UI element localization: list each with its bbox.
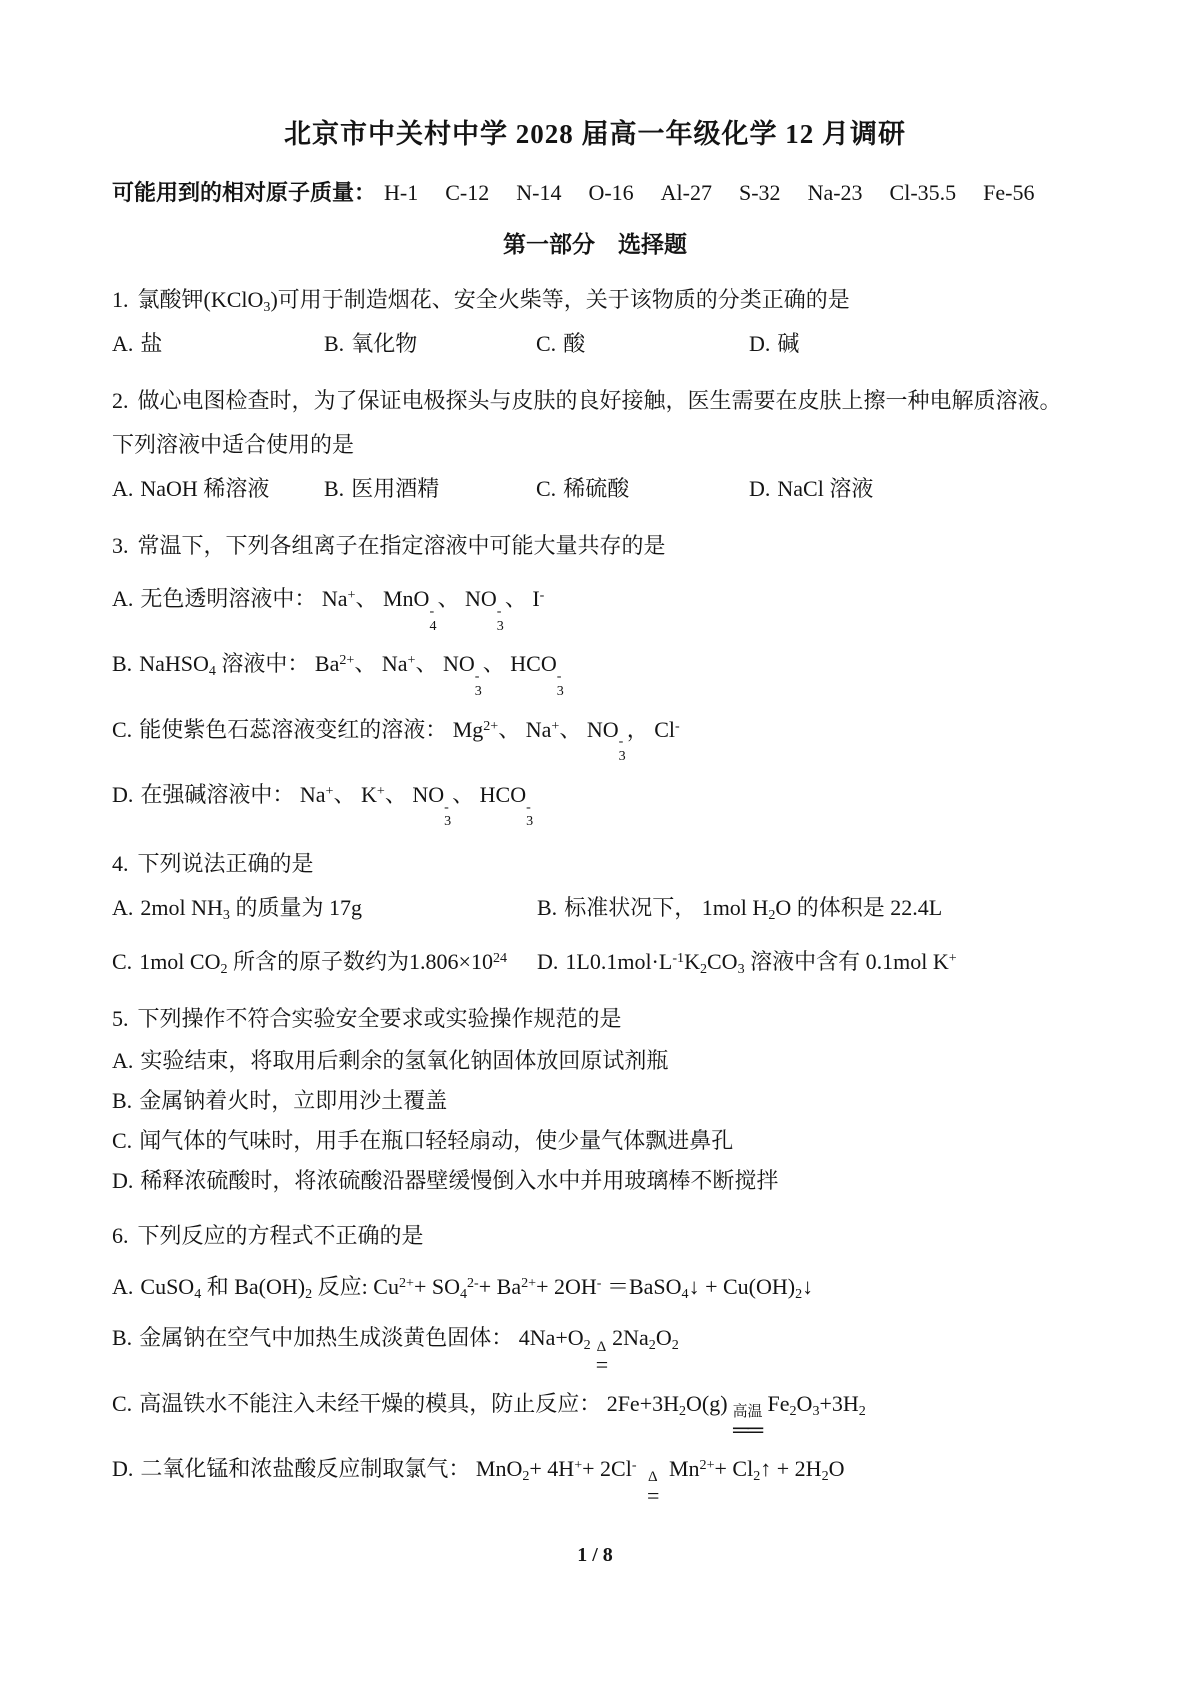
options: A.CuSO4 和 Ba(OH)2 反应: Cu2++ SO42-+ Ba2++… bbox=[112, 1265, 1078, 1505]
option-label: C. bbox=[112, 717, 132, 742]
option-text: 氧化物 bbox=[351, 331, 417, 356]
stacked-charge: -3 bbox=[444, 800, 451, 830]
subscript: 2 bbox=[790, 1402, 797, 1418]
ion-charge: - bbox=[497, 604, 502, 619]
superscript: 2+ bbox=[700, 1457, 715, 1473]
option-label: A. bbox=[112, 586, 133, 611]
reaction-condition: Δ= bbox=[647, 1469, 658, 1505]
stacked-charge: -3 bbox=[526, 800, 533, 830]
option-text: 医用酒精 bbox=[351, 476, 439, 501]
atomic-mass-item: Cl-35.5 bbox=[890, 178, 957, 208]
options: A.盐B.氧化物C.酸D.碱 bbox=[112, 322, 1078, 366]
subscript: 3 bbox=[812, 1402, 819, 1418]
option-text: 金属钠在空气中加热生成淡黄色固体： 4Na+O2Δ=2Na2O2 bbox=[139, 1325, 679, 1350]
superscript: 2+ bbox=[483, 718, 498, 734]
option-label: B. bbox=[112, 651, 132, 676]
ion-charge: - bbox=[526, 800, 531, 815]
page-content: 北京市中关村中学 2028 届高一年级化学 12 月调研 可能用到的相对原子质量… bbox=[0, 0, 1190, 1505]
superscript: 2+ bbox=[399, 1275, 414, 1291]
option-label: A. bbox=[112, 1048, 133, 1073]
option-text: 金属钠着火时，立即用沙土覆盖 bbox=[139, 1088, 447, 1113]
option-D: D.NaCl 溶液 bbox=[749, 467, 1078, 511]
superscript: 2- bbox=[467, 1275, 479, 1291]
option-text: 碱 bbox=[777, 331, 799, 356]
equals-line: = bbox=[647, 1487, 658, 1506]
stacked-charge: -4 bbox=[429, 604, 436, 634]
question-3: 3.常温下，下列各组离子在指定溶液中可能大量共存的是A.无色透明溶液中： Na+… bbox=[112, 524, 1078, 829]
question-6: 6.下列反应的方程式不正确的是A.CuSO4 和 Ba(OH)2 反应: Cu2… bbox=[112, 1214, 1078, 1505]
option-A: A.盐 bbox=[112, 322, 324, 366]
option-text: NaHSO4 溶液中： Ba2+、 Na+、 NO-3、 HCO-3 bbox=[139, 651, 565, 676]
options: A.实验结束，将取用后剩余的氢氧化钠固体放回原试剂瓶B.金属钠着火时，立即用沙土… bbox=[112, 1041, 1078, 1201]
subscript: 4 bbox=[194, 1286, 201, 1302]
option-text: 在强碱溶液中： Na+、 K+、 NO-3、 HCO-3 bbox=[140, 782, 534, 807]
option-text: 1mol CO2 所含的原子数约为1.806×1024 bbox=[139, 949, 507, 974]
subscript: 3 bbox=[263, 299, 270, 315]
option-D: D.二氧化锰和浓盐酸反应制取氯气： MnO2+ 4H++ 2Cl- Δ= Mn2… bbox=[112, 1447, 1078, 1505]
question-stem: 3.常温下，下列各组离子在指定溶液中可能大量共存的是 bbox=[112, 524, 1078, 568]
option-text: 稀释浓硫酸时，将浓硫酸沿器壁缓慢倒入水中并用玻璃棒不断搅拌 bbox=[140, 1168, 778, 1193]
option-label: D. bbox=[749, 476, 770, 501]
subscript: 2 bbox=[305, 1286, 312, 1302]
superscript: + bbox=[408, 652, 416, 668]
option-text: 稀硫酸 bbox=[563, 476, 629, 501]
option-label: D. bbox=[749, 331, 770, 356]
atomic-mass-item: Al-27 bbox=[661, 178, 712, 208]
option-text: 1L0.1mol·L-1K2CO3 溶液中含有 0.1mol K+ bbox=[565, 949, 956, 974]
option-B: B.标准状况下， 1mol H2O 的体积是 22.4L bbox=[537, 886, 1078, 930]
option-label: C. bbox=[536, 331, 556, 356]
option-label: C. bbox=[112, 1128, 132, 1153]
option-label: A. bbox=[112, 476, 133, 501]
stacked-charge: -3 bbox=[557, 669, 564, 699]
question-5: 5.下列操作不符合实验安全要求或实验操作规范的是A.实验结束，将取用后剩余的氢氧… bbox=[112, 997, 1078, 1201]
option-label: A. bbox=[112, 331, 133, 356]
option-B: B.NaHSO4 溶液中： Ba2+、 Na+、 NO-3、 HCO-3 bbox=[112, 642, 1078, 698]
superscript: 2+ bbox=[521, 1275, 536, 1291]
option-label: D. bbox=[112, 782, 133, 807]
option-text: 能使紫色石蕊溶液变红的溶液： Mg2+、 Na+、 NO-3， Cl- bbox=[139, 717, 680, 742]
option-C: C.闻气体的气味时，用手在瓶口轻轻扇动，使少量气体飘进鼻孔 bbox=[112, 1121, 1078, 1161]
superscript: - bbox=[632, 1457, 637, 1473]
option-C: C.稀硫酸 bbox=[536, 467, 749, 511]
stacked-charge: -3 bbox=[475, 669, 482, 699]
option-C: C.高温铁水不能注入未经干燥的模具，防止反应： 2Fe+3H2O(g)高温══F… bbox=[112, 1382, 1078, 1440]
subscript: 2 bbox=[859, 1402, 866, 1418]
questions: 1.氯酸钾(KClO3)可用于制造烟花、安全火柴等，关于该物质的分类正确的是A.… bbox=[112, 278, 1078, 1505]
option-A: A.无色透明溶液中： Na+、 MnO-4、 NO-3、 I- bbox=[112, 577, 1078, 633]
option-D: D.在强碱溶液中： Na+、 K+、 NO-3、 HCO-3 bbox=[112, 773, 1078, 829]
atom-count: 3 bbox=[497, 619, 504, 634]
question-text: 常温下，下列各组离子在指定溶液中可能大量共存的是 bbox=[138, 533, 666, 558]
question-number: 3. bbox=[112, 533, 129, 558]
question-number: 6. bbox=[112, 1223, 129, 1248]
option-text: 无色透明溶液中： Na+、 MnO-4、 NO-3、 I- bbox=[140, 586, 544, 611]
option-text: NaCl 溶液 bbox=[777, 476, 873, 501]
ion-charge: - bbox=[619, 734, 624, 749]
atomic-masses-list: H-1C-12N-14O-16Al-27S-32Na-23Cl-35.5Fe-5… bbox=[384, 178, 1034, 208]
option-label: C. bbox=[112, 1391, 132, 1416]
ion-charge: - bbox=[429, 604, 434, 619]
question-text: 下列操作不符合实验安全要求或实验操作规范的是 bbox=[138, 1006, 622, 1031]
superscript: + bbox=[377, 783, 385, 799]
option-text: 二氧化锰和浓盐酸反应制取氯气： MnO2+ 4H++ 2Cl- Δ= Mn2++… bbox=[140, 1456, 844, 1481]
question-text: 氯酸钾(KClO3)可用于制造烟花、安全火柴等，关于该物质的分类正确的是 bbox=[138, 287, 850, 312]
subscript: 2 bbox=[768, 907, 775, 923]
option-B: B.金属钠在空气中加热生成淡黄色固体： 4Na+O2Δ=2Na2O2 bbox=[112, 1316, 1078, 1374]
option-text: CuSO4 和 Ba(OH)2 反应: Cu2++ SO42-+ Ba2++ 2… bbox=[140, 1274, 813, 1299]
subscript: 2 bbox=[822, 1468, 829, 1484]
equals-line: = bbox=[596, 1356, 607, 1375]
options: A.无色透明溶液中： Na+、 MnO-4、 NO-3、 I-B.NaHSO4 … bbox=[112, 577, 1078, 829]
option-text: 标准状况下， 1mol H2O 的体积是 22.4L bbox=[564, 895, 942, 920]
option-text: 盐 bbox=[140, 331, 162, 356]
stacked-charge: -3 bbox=[619, 734, 626, 764]
question-number: 5. bbox=[112, 1006, 129, 1031]
options: A.NaOH 稀溶液B.医用酒精C.稀硫酸D.NaCl 溶液 bbox=[112, 467, 1078, 511]
subscript: 2 bbox=[679, 1402, 686, 1418]
option-label: D. bbox=[537, 949, 558, 974]
ion-charge: - bbox=[444, 800, 449, 815]
reaction-condition: 高温══ bbox=[733, 1404, 763, 1440]
option-C: C.1mol CO2 所含的原子数约为1.806×1024 bbox=[112, 940, 537, 984]
superscript: 2+ bbox=[339, 652, 354, 668]
option-D: D.1L0.1mol·L-1K2CO3 溶液中含有 0.1mol K+ bbox=[537, 940, 1078, 984]
atomic-masses-label: 可能用到的相对原子质量： bbox=[112, 178, 376, 208]
question-stem: 2.做心电图检查时，为了保证电极探头与皮肤的良好接触，医生需要在皮肤上擦一种电解… bbox=[112, 379, 1078, 467]
equals-line: ══ bbox=[733, 1421, 762, 1440]
atomic-mass-item: O-16 bbox=[588, 178, 633, 208]
question-number: 4. bbox=[112, 851, 129, 876]
atom-count: 3 bbox=[444, 814, 451, 829]
option-label: C. bbox=[536, 476, 556, 501]
atomic-mass-item: Na-23 bbox=[808, 178, 863, 208]
option-label: B. bbox=[112, 1325, 132, 1350]
subscript: 2 bbox=[220, 961, 227, 977]
subscript: 2 bbox=[584, 1337, 591, 1353]
question-number: 1. bbox=[112, 287, 129, 312]
option-label: B. bbox=[324, 331, 344, 356]
superscript: - bbox=[540, 587, 545, 603]
option-label: B. bbox=[537, 895, 557, 920]
superscript: + bbox=[574, 1457, 582, 1473]
question-2: 2.做心电图检查时，为了保证电极探头与皮肤的良好接触，医生需要在皮肤上擦一种电解… bbox=[112, 379, 1078, 511]
question-stem: 6.下列反应的方程式不正确的是 bbox=[112, 1214, 1078, 1258]
reaction-condition: Δ= bbox=[596, 1339, 607, 1375]
ion-charge: - bbox=[557, 669, 562, 684]
atomic-mass-item: S-32 bbox=[739, 178, 781, 208]
option-label: A. bbox=[112, 1274, 133, 1299]
option-C: C.能使紫色石蕊溶液变红的溶液： Mg2+、 Na+、 NO-3， Cl- bbox=[112, 708, 1078, 764]
question-stem: 1.氯酸钾(KClO3)可用于制造烟花、安全火柴等，关于该物质的分类正确的是 bbox=[112, 278, 1078, 322]
page-title: 北京市中关村中学 2028 届高一年级化学 12 月调研 bbox=[112, 116, 1078, 152]
superscript: -1 bbox=[672, 950, 684, 966]
section-heading: 第一部分 选择题 bbox=[112, 228, 1078, 262]
subscript: 3 bbox=[223, 907, 230, 923]
option-A: A.CuSO4 和 Ba(OH)2 反应: Cu2++ SO42-+ Ba2++… bbox=[112, 1265, 1078, 1309]
superscript: - bbox=[597, 1275, 602, 1291]
subscript: 3 bbox=[738, 961, 745, 977]
atom-count: 3 bbox=[619, 749, 626, 764]
option-label: C. bbox=[112, 949, 132, 974]
option-label: A. bbox=[112, 895, 133, 920]
question-text: 下列说法正确的是 bbox=[138, 851, 314, 876]
atomic-mass-item: C-12 bbox=[445, 178, 489, 208]
option-label: D. bbox=[112, 1456, 133, 1481]
option-A: A.2mol NH3 的质量为 17g bbox=[112, 886, 537, 930]
option-text: 实验结束，将取用后剩余的氢氧化钠固体放回原试剂瓶 bbox=[140, 1048, 668, 1073]
subscript: 4 bbox=[209, 663, 216, 679]
question-text: 下列反应的方程式不正确的是 bbox=[138, 1223, 424, 1248]
subscript: 2 bbox=[522, 1468, 529, 1484]
option-C: C.酸 bbox=[536, 322, 749, 366]
option-text: 酸 bbox=[563, 331, 585, 356]
subscript: 2 bbox=[795, 1286, 802, 1302]
subscript: 2 bbox=[753, 1468, 760, 1484]
option-label: B. bbox=[112, 1088, 132, 1113]
option-D: D.碱 bbox=[749, 322, 1078, 366]
option-B: B.医用酒精 bbox=[324, 467, 536, 511]
option-D: D.稀释浓硫酸时，将浓硫酸沿器壁缓慢倒入水中并用玻璃棒不断搅拌 bbox=[112, 1161, 1078, 1201]
subscript: 2 bbox=[672, 1337, 679, 1353]
option-text: 高温铁水不能注入未经干燥的模具，防止反应： 2Fe+3H2O(g)高温══Fe2… bbox=[139, 1391, 866, 1416]
exam-page: { "header": { "title": "北京市中关村中学 2028 届高… bbox=[0, 0, 1190, 1682]
option-text: 闻气体的气味时，用手在瓶口轻轻扇动，使少量气体飘进鼻孔 bbox=[139, 1128, 733, 1153]
question-text: 做心电图检查时，为了保证电极探头与皮肤的良好接触，医生需要在皮肤上擦一种电解质溶… bbox=[112, 388, 1062, 457]
option-B: B.金属钠着火时，立即用沙土覆盖 bbox=[112, 1081, 1078, 1121]
atom-count: 3 bbox=[526, 814, 533, 829]
option-text: 2mol NH3 的质量为 17g bbox=[140, 895, 362, 920]
superscript: + bbox=[326, 783, 334, 799]
superscript: - bbox=[675, 718, 680, 734]
option-A: A.实验结束，将取用后剩余的氢氧化钠固体放回原试剂瓶 bbox=[112, 1041, 1078, 1081]
question-4: 4.下列说法正确的是A.2mol NH3 的质量为 17gB.标准状况下， 1m… bbox=[112, 842, 1078, 984]
option-label: B. bbox=[324, 476, 344, 501]
question-stem: 4.下列说法正确的是 bbox=[112, 842, 1078, 886]
superscript: 24 bbox=[493, 950, 507, 966]
subscript: 4 bbox=[682, 1286, 689, 1302]
question-stem: 5.下列操作不符合实验安全要求或实验操作规范的是 bbox=[112, 997, 1078, 1041]
options: A.2mol NH3 的质量为 17gB.标准状况下， 1mol H2O 的体积… bbox=[112, 886, 1078, 984]
atomic-masses-line: 可能用到的相对原子质量： H-1C-12N-14O-16Al-27S-32Na-… bbox=[112, 178, 1078, 208]
subscript: 2 bbox=[649, 1337, 656, 1353]
atomic-mass-item: N-14 bbox=[516, 178, 561, 208]
superscript: + bbox=[949, 950, 957, 966]
atom-count: 3 bbox=[557, 684, 564, 699]
page-number: 1 / 8 bbox=[0, 1544, 1190, 1567]
subscript: 4 bbox=[460, 1286, 467, 1302]
stacked-charge: -3 bbox=[497, 604, 504, 634]
option-A: A.NaOH 稀溶液 bbox=[112, 467, 324, 511]
superscript: + bbox=[551, 718, 559, 734]
ion-charge: - bbox=[475, 669, 480, 684]
atomic-mass-item: Fe-56 bbox=[983, 178, 1034, 208]
subscript: 2 bbox=[700, 961, 707, 977]
superscript: + bbox=[348, 587, 356, 603]
atomic-mass-item: H-1 bbox=[384, 178, 418, 208]
option-text: NaOH 稀溶液 bbox=[140, 476, 269, 501]
atom-count: 3 bbox=[475, 684, 482, 699]
atom-count: 4 bbox=[429, 619, 436, 634]
option-B: B.氧化物 bbox=[324, 322, 536, 366]
question-1: 1.氯酸钾(KClO3)可用于制造烟花、安全火柴等，关于该物质的分类正确的是A.… bbox=[112, 278, 1078, 366]
question-number: 2. bbox=[112, 388, 129, 413]
option-label: D. bbox=[112, 1168, 133, 1193]
